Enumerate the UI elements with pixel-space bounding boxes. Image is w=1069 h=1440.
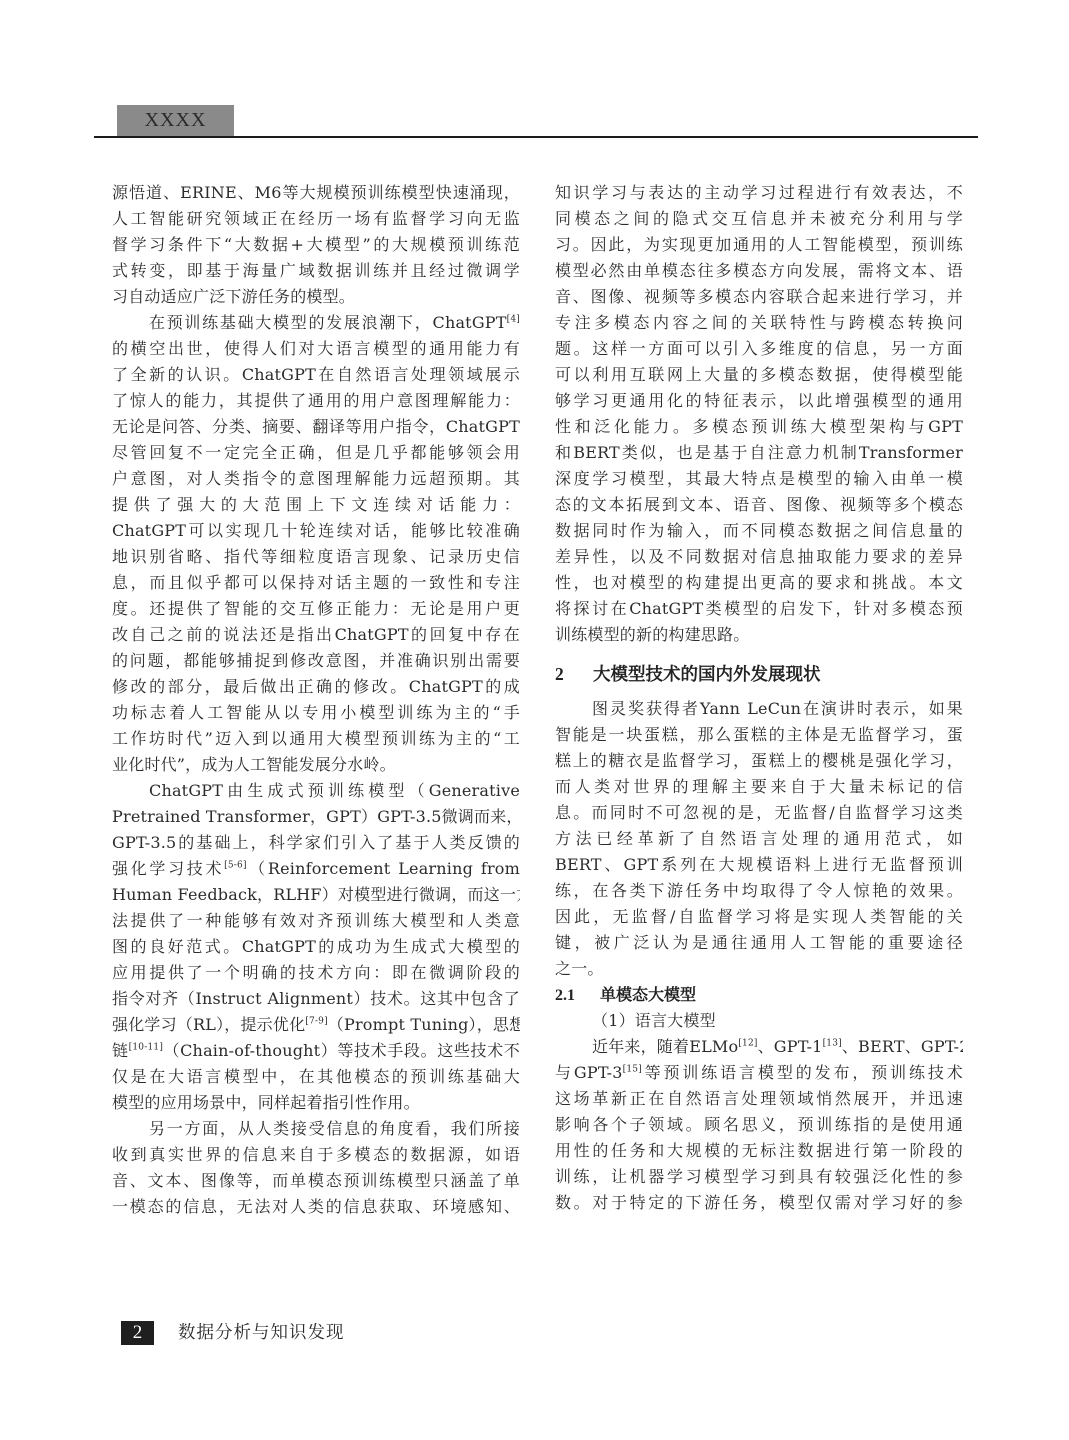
text-line: 数。对于特定的下游任务，模型仅需对学习好的参 bbox=[555, 1190, 963, 1216]
text-line: 知识学习与表达的主动学习过程进行有效表达，不 bbox=[555, 180, 963, 206]
section-number: 2 bbox=[555, 654, 593, 694]
text-line: 式转变，即基于海量广域数据训练并且经过微调学 bbox=[112, 258, 520, 284]
paragraph-lecun: 图灵奖获得者Yann LeCun在演讲时表示，如果智能是一块蛋糕，那么蛋糕的主体… bbox=[555, 696, 963, 982]
text-line: 另一方面，从人类接受信息的角度看，我们所接 bbox=[112, 1116, 520, 1142]
text-line: 习自动适应广泛下游任务的模型。 bbox=[112, 284, 520, 310]
text-line: 训练，让机器学习模型学习到具有较强泛化性的参 bbox=[555, 1164, 963, 1190]
text-line: 将探讨在ChatGPT类模型的启发下，针对多模态预 bbox=[555, 596, 963, 622]
subsection-title: 单模态大模型 bbox=[600, 985, 696, 1004]
text-line: 户意图，对人类指令的意图理解能力远超预期。其 bbox=[112, 466, 520, 492]
citation-ref: [5-6] bbox=[224, 861, 247, 871]
journal-name: 数据分析与知识发现 bbox=[178, 1320, 345, 1346]
text-line: 源悟道、ERINE、M6等大规模预训练模型快速涌现， bbox=[112, 180, 520, 206]
text-line: 督学习条件下“大数据+大模型”的大规模预训练范 bbox=[112, 232, 520, 258]
text-line: 修改的部分，最后做出正确的修改。ChatGPT的成 bbox=[112, 674, 520, 700]
text-line: 深度学习模型，其最大特点是模型的输入由单一模 bbox=[555, 466, 963, 492]
text-line: 用性的任务和大规模的无标注数据进行第一阶段的 bbox=[555, 1138, 963, 1164]
text-line: ChatGPT由生成式预训练模型（Generative bbox=[112, 778, 520, 804]
text-line: Human Feedback，RLHF）对模型进行微调，而这一方 bbox=[112, 882, 520, 908]
text-line: 与GPT-3[15]等预训练语言模型的发布，预训练技术 bbox=[555, 1060, 963, 1086]
text-line: 一模态的信息，无法对人类的信息获取、环境感知、 bbox=[112, 1194, 520, 1220]
text-line: 糕上的糖衣是监督学习，蛋糕上的樱桃是强化学习， bbox=[555, 748, 963, 774]
text-line: 同模态之间的隐式交互信息并未被充分利用与学 bbox=[555, 206, 963, 232]
text-line: 之一。 bbox=[555, 956, 963, 982]
journal-tag: XXXX bbox=[117, 109, 234, 132]
text-line: 性，也对模型的构建提出更高的要求和挑战。本文 bbox=[555, 570, 963, 596]
citation-ref: [12] bbox=[738, 1039, 757, 1049]
text-line: 模型必然由单模态往多模态方向发展，需将文本、语 bbox=[555, 258, 963, 284]
text-line: 和BERT类似，也是基于自注意力机制Transformer bbox=[555, 440, 963, 466]
text-line: 模型的应用场景中，同样起着指引性作用。 bbox=[112, 1090, 520, 1116]
right-column: 知识学习与表达的主动学习过程进行有效表达，不同模态之间的隐式交互信息并未被充分利… bbox=[555, 180, 963, 1216]
text-line: 够学习更通用化的特征表示，以此增强模型的通用 bbox=[555, 388, 963, 414]
text-line: 态的文本拓展到文本、语音、图像、视频等多个模态 bbox=[555, 492, 963, 518]
text-line: 差异性，以及不同数据对信息抽取能力要求的差异 bbox=[555, 544, 963, 570]
citation-ref: [10-11] bbox=[129, 1043, 163, 1053]
text-line: 的问题，都能够捕捉到修改意图，并准确识别出需要 bbox=[112, 648, 520, 674]
section-heading-2-1: 2.1单模态大模型 bbox=[555, 982, 963, 1008]
text-line: 题。这样一方面可以引入多维度的信息，另一方面 bbox=[555, 336, 963, 362]
text-line: 键，被广泛认为是通往通用人工智能的重要途径 bbox=[555, 930, 963, 956]
text-line: 无论是问答、分类、摘要、翻译等用户指令，ChatGPT bbox=[112, 414, 520, 440]
text-line: 地识别省略、指代等细粒度语言现象、记录历史信 bbox=[112, 544, 520, 570]
citation-ref: [4] bbox=[507, 315, 520, 325]
text-line: 功标志着人工智能从以专用小模型训练为主的“手 bbox=[112, 700, 520, 726]
text-line: 的横空出世，使得人们对大语言模型的通用能力有 bbox=[112, 336, 520, 362]
journal-tag-box: XXXX bbox=[117, 105, 234, 136]
text-line: 收到真实世界的信息来自于多模态的数据源，如语 bbox=[112, 1142, 520, 1168]
text-line: 方法已经革新了自然语言处理的通用范式，如 bbox=[555, 826, 963, 852]
text-line: GPT-3.5的基础上，科学家们引入了基于人类反馈的 bbox=[112, 830, 520, 856]
text-line: 息。而同时不可忽视的是，无监督/自监督学习这类 bbox=[555, 800, 963, 826]
subsection-label-language-models: （1）语言大模型 bbox=[555, 1008, 963, 1034]
citation-ref: [13] bbox=[823, 1039, 842, 1049]
text-line: BERT、GPT系列在大规模语料上进行无监督预训 bbox=[555, 852, 963, 878]
text-line: 练，在各类下游任务中均取得了令人惊艳的效果。 bbox=[555, 878, 963, 904]
text-line: 图灵奖获得者Yann LeCun在演讲时表示，如果 bbox=[555, 696, 963, 722]
text-line: 改自己之前的说法还是指出ChatGPT的回复中存在 bbox=[112, 622, 520, 648]
text-line: 应用提供了一个明确的技术方向：即在微调阶段的 bbox=[112, 960, 520, 986]
text-line: 训练模型的新的构建思路。 bbox=[555, 622, 963, 648]
text-line: 因此，无监督/自监督学习将是实现人类智能的关 bbox=[555, 904, 963, 930]
text-line: ChatGPT可以实现几十轮连续对话，能够比较准确 bbox=[112, 518, 520, 544]
text-line: 仅是在大语言模型中，在其他模态的预训练基础大 bbox=[112, 1064, 520, 1090]
citation-ref: [15] bbox=[623, 1065, 642, 1075]
text-line: 了全新的认识。ChatGPT在自然语言处理领域展示 bbox=[112, 362, 520, 388]
subsection-number: 2.1 bbox=[555, 983, 600, 1009]
text-line: 息，而且似乎都可以保持对话主题的一致性和专注 bbox=[112, 570, 520, 596]
section-heading-2: 2大模型技术的国内外发展现状 bbox=[555, 654, 963, 694]
text-line: 近年来，随着ELMo[12]、GPT-1[13]、BERT、GPT-2[14] bbox=[555, 1034, 963, 1060]
text-line: 而人类对世界的理解主要来自于大量未标记的信 bbox=[555, 774, 963, 800]
text-line: 数据同时作为输入，而不同模态数据之间信息量的 bbox=[555, 518, 963, 544]
text-line: 影响各个子领域。顾名思义，预训练指的是使用通 bbox=[555, 1112, 963, 1138]
left-column: 源悟道、ERINE、M6等大规模预训练模型快速涌现，人工智能研究领域正在经历一场… bbox=[112, 180, 520, 1220]
text-line: 人工智能研究领域正在经历一场有监督学习向无监 bbox=[112, 206, 520, 232]
text-line: 提供了强大的大范围上下文连续对话能力： bbox=[112, 492, 520, 518]
text-line: 强化学习技术[5-6]（Reinforcement Learning from bbox=[112, 856, 520, 882]
paragraph-pretraining: 近年来，随着ELMo[12]、GPT-1[13]、BERT、GPT-2[14]与… bbox=[555, 1034, 963, 1216]
paragraph-multimodal-intro: 知识学习与表达的主动学习过程进行有效表达，不同模态之间的隐式交互信息并未被充分利… bbox=[555, 180, 963, 648]
text-line: 性和泛化能力。多模态预训练大模型架构与GPT bbox=[555, 414, 963, 440]
text-line: 业化时代”，成为人工智能发展分水岭。 bbox=[112, 752, 520, 778]
text-line: 专注多模态内容之间的关联特性与跨模态转换问 bbox=[555, 310, 963, 336]
text-line: 这场革新正在自然语言处理领域悄然展开，并迅速 bbox=[555, 1086, 963, 1112]
text-line: 尽管回复不一定完全正确，但是几乎都能够领会用 bbox=[112, 440, 520, 466]
text-line: 指令对齐（Instruct Alignment）技术。这其中包含了 bbox=[112, 986, 520, 1012]
citation-ref: [7-9] bbox=[305, 1017, 328, 1027]
text-line: 音、图像、视频等多模态内容联合起来进行学习，并 bbox=[555, 284, 963, 310]
text-line: Pretrained Transformer，GPT）GPT-3.5微调而来，在 bbox=[112, 804, 520, 830]
text-line: 链[10-11]（Chain-of-thought）等技术手段。这些技术不 bbox=[112, 1038, 520, 1064]
text-line: 度。还提供了智能的交互修正能力：无论是用户更 bbox=[112, 596, 520, 622]
text-line: 强化学习（RL），提示优化[7-9]（Prompt Tuning），思想 bbox=[112, 1012, 520, 1038]
text-line: 了惊人的能力，其提供了通用的用户意图理解能力： bbox=[112, 388, 520, 414]
text-line: 图的良好范式。ChatGPT的成功为生成式大模型的 bbox=[112, 934, 520, 960]
text-line: 习。因此，为实现更加通用的人工智能模型，预训练 bbox=[555, 232, 963, 258]
section-title: 大模型技术的国内外发展现状 bbox=[593, 665, 821, 685]
text-line: 智能是一块蛋糕，那么蛋糕的主体是无监督学习，蛋 bbox=[555, 722, 963, 748]
text-line: 工作坊时代”迈入到以通用大模型预训练为主的“工 bbox=[112, 726, 520, 752]
page-number: 2 bbox=[121, 1321, 154, 1345]
text-line: 音、文本、图像等，而单模态预训练模型只涵盖了单 bbox=[112, 1168, 520, 1194]
text-line: 在预训练基础大模型的发展浪潮下，ChatGPT[4] bbox=[112, 310, 520, 336]
header-rule bbox=[94, 136, 978, 138]
text-line: 法提供了一种能够有效对齐预训练大模型和人类意 bbox=[112, 908, 520, 934]
text-line: 可以利用互联网上大量的多模态数据，使得模型能 bbox=[555, 362, 963, 388]
